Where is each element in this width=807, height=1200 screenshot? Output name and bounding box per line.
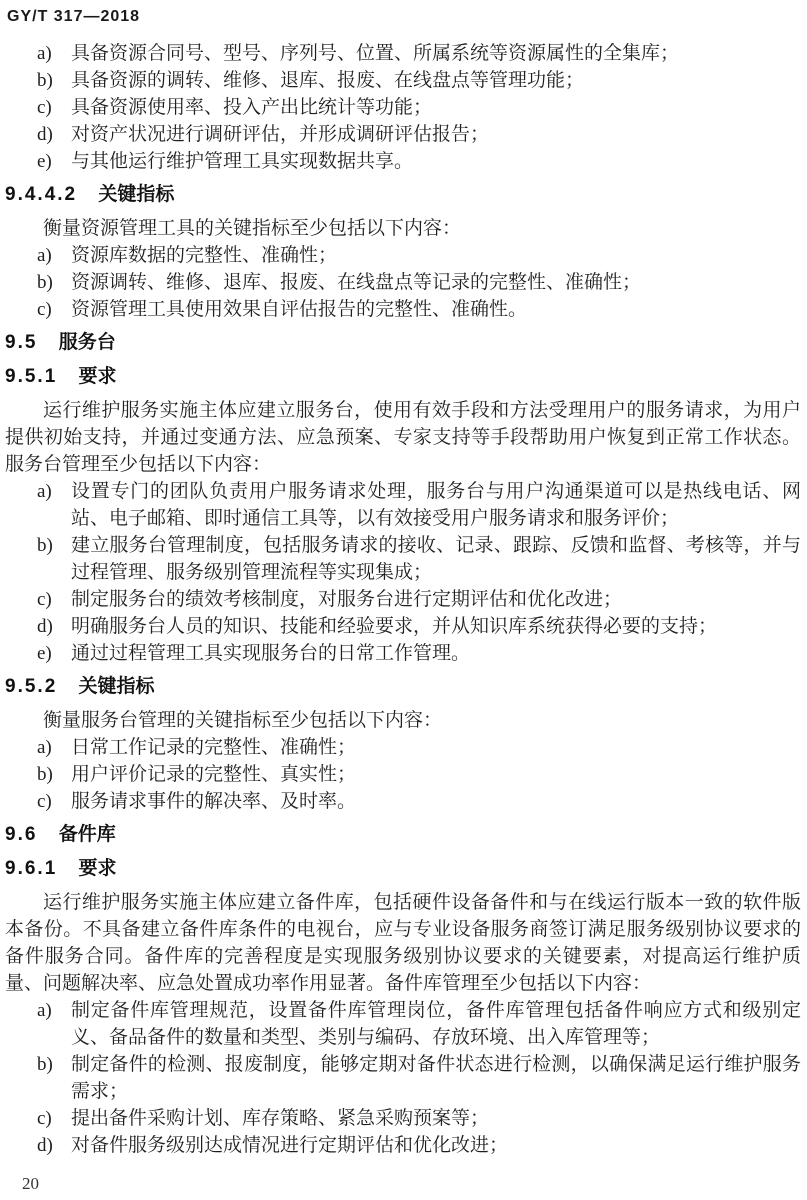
section-title: 要求 bbox=[79, 858, 117, 879]
section-heading-9-5-2: 9.5.2 关键指标 bbox=[5, 675, 801, 699]
section-title: 备件库 bbox=[59, 824, 116, 845]
list-9-5-2-indicators: a) 日常工作记录的完整性、准确性； b) 用户评价记录的完整性、真实性； c)… bbox=[37, 734, 801, 815]
page-number: 20 bbox=[22, 1174, 39, 1194]
list-item-text: 具备资源使用率、投入产出比统计等功能； bbox=[71, 94, 801, 121]
list-item: b) 具备资源的调转、维修、退库、报废、在线盘点等管理功能； bbox=[37, 67, 801, 94]
paragraph-9-5-1: 运行维护服务实施主体应建立服务台，使用有效手段和方法受理用户的服务请求，为用户提… bbox=[5, 397, 801, 478]
list-item: d) 对资产状况进行调研评估，并形成调研评估报告； bbox=[37, 121, 801, 148]
list-item-marker: b) bbox=[37, 532, 71, 559]
list-item-text: 资源管理工具使用效果自评估报告的完整性、准确性。 bbox=[71, 296, 801, 323]
list-item-text: 提出备件采购计划、库存策略、紧急采购预案等； bbox=[71, 1105, 801, 1132]
list-item-text: 与其他运行维护管理工具实现数据共享。 bbox=[71, 148, 801, 175]
list-item: a) 制定备件库管理规范，设置备件库管理岗位，备件库管理包括备件响应方式和级别定… bbox=[37, 997, 801, 1051]
list-item-marker: e) bbox=[37, 148, 71, 175]
list-item-text: 设置专门的团队负责用户服务请求处理，服务台与用户沟通渠道可以是热线电话、网站、电… bbox=[71, 478, 801, 532]
section-number: 9.5.1 bbox=[5, 366, 57, 387]
list-item: e) 与其他运行维护管理工具实现数据共享。 bbox=[37, 148, 801, 175]
list-item-marker: a) bbox=[37, 242, 71, 269]
list-item: b) 建立服务台管理制度，包括服务请求的接收、记录、跟踪、反馈和监督、考核等，并… bbox=[37, 532, 801, 586]
list-item-text: 资源库数据的完整性、准确性； bbox=[71, 242, 801, 269]
section-number: 9.5.2 bbox=[5, 676, 57, 697]
list-item: a) 设置专门的团队负责用户服务请求处理，服务台与用户沟通渠道可以是热线电话、网… bbox=[37, 478, 801, 532]
list-item: b) 用户评价记录的完整性、真实性； bbox=[37, 761, 801, 788]
list-item-marker: c) bbox=[37, 296, 71, 323]
section-heading-9-4-4-2: 9.4.4.2 关键指标 bbox=[5, 183, 801, 207]
list-item-marker: c) bbox=[37, 788, 71, 815]
paragraph-9-4-4-2-intro: 衡量资源管理工具的关键指标至少包括以下内容： bbox=[5, 215, 801, 242]
list-item-text: 明确服务台人员的知识、技能和经验要求，并从知识库系统获得必要的支持； bbox=[71, 613, 801, 640]
section-number: 9.6.1 bbox=[5, 858, 57, 879]
paragraph-9-5-2-intro: 衡量服务台管理的关键指标至少包括以下内容： bbox=[5, 707, 801, 734]
list-item-marker: d) bbox=[37, 613, 71, 640]
section-number: 9.6 bbox=[5, 824, 37, 845]
list-item-text: 制定备件的检测、报废制度，能够定期对备件状态进行检测，以确保满足运行维护服务需求… bbox=[71, 1051, 801, 1105]
list-item: c) 制定服务台的绩效考核制度，对服务台进行定期评估和优化改进； bbox=[37, 586, 801, 613]
section-title: 要求 bbox=[79, 366, 117, 387]
list-item-marker: a) bbox=[37, 40, 71, 67]
list-item-marker: c) bbox=[37, 1105, 71, 1132]
document-page: GY/T 317—2018 a) 具备资源合同号、型号、序列号、位置、所属系统等… bbox=[0, 0, 807, 1200]
list-item: b) 制定备件的检测、报废制度，能够定期对备件状态进行检测，以确保满足运行维护服… bbox=[37, 1051, 801, 1105]
list-item-marker: b) bbox=[37, 269, 71, 296]
standard-number-header: GY/T 317—2018 bbox=[7, 8, 801, 26]
list-item: c) 具备资源使用率、投入产出比统计等功能； bbox=[37, 94, 801, 121]
list-item-marker: d) bbox=[37, 121, 71, 148]
section-title: 关键指标 bbox=[98, 184, 174, 205]
list-item-marker: d) bbox=[37, 1132, 71, 1159]
list-item: b) 资源调转、维修、退库、报废、在线盘点等记录的完整性、准确性； bbox=[37, 269, 801, 296]
list-item-marker: a) bbox=[37, 478, 71, 505]
list-item-marker: a) bbox=[37, 734, 71, 761]
list-item: d) 明确服务台人员的知识、技能和经验要求，并从知识库系统获得必要的支持； bbox=[37, 613, 801, 640]
list-item-marker: b) bbox=[37, 67, 71, 94]
list-9-4-4-2-indicators: a) 资源库数据的完整性、准确性； b) 资源调转、维修、退库、报废、在线盘点等… bbox=[37, 242, 801, 323]
section-heading-9-6-1: 9.6.1 要求 bbox=[5, 857, 801, 881]
list-item-text: 具备资源的调转、维修、退库、报废、在线盘点等管理功能； bbox=[71, 67, 801, 94]
section-heading-9-6: 9.6 备件库 bbox=[5, 823, 801, 847]
paragraph-9-6-1: 运行维护服务实施主体应建立备件库，包括硬件设备备件和与在线运行版本一致的软件版本… bbox=[5, 889, 801, 997]
list-item-marker: b) bbox=[37, 761, 71, 788]
list-item: d) 对备件服务级别达成情况进行定期评估和优化改进； bbox=[37, 1132, 801, 1159]
list-item-text: 建立服务台管理制度，包括服务请求的接收、记录、跟踪、反馈和监督、考核等，并与过程… bbox=[71, 532, 801, 586]
list-item: a) 日常工作记录的完整性、准确性； bbox=[37, 734, 801, 761]
list-item-text: 通过过程管理工具实现服务台的日常工作管理。 bbox=[71, 640, 801, 667]
list-item: c) 资源管理工具使用效果自评估报告的完整性、准确性。 bbox=[37, 296, 801, 323]
list-item-text: 服务请求事件的解决率、及时率。 bbox=[71, 788, 801, 815]
section-heading-9-5-1: 9.5.1 要求 bbox=[5, 365, 801, 389]
list-item-marker: c) bbox=[37, 586, 71, 613]
list-9-6-1-spare-parts: a) 制定备件库管理规范，设置备件库管理岗位，备件库管理包括备件响应方式和级别定… bbox=[37, 997, 801, 1159]
list-item-text: 用户评价记录的完整性、真实性； bbox=[71, 761, 801, 788]
list-resource-tool-functions: a) 具备资源合同号、型号、序列号、位置、所属系统等资源属性的全集库； b) 具… bbox=[37, 40, 801, 175]
section-title: 服务台 bbox=[59, 332, 116, 353]
list-item-text: 资源调转、维修、退库、报废、在线盘点等记录的完整性、准确性； bbox=[71, 269, 801, 296]
list-item-text: 制定备件库管理规范，设置备件库管理岗位，备件库管理包括备件响应方式和级别定义、备… bbox=[71, 997, 801, 1051]
list-item: a) 具备资源合同号、型号、序列号、位置、所属系统等资源属性的全集库； bbox=[37, 40, 801, 67]
list-item-text: 对备件服务级别达成情况进行定期评估和优化改进； bbox=[71, 1132, 801, 1159]
list-item-marker: a) bbox=[37, 997, 71, 1024]
list-item-text: 对资产状况进行调研评估，并形成调研评估报告； bbox=[71, 121, 801, 148]
list-item: c) 提出备件采购计划、库存策略、紧急采购预案等； bbox=[37, 1105, 801, 1132]
list-item-marker: b) bbox=[37, 1051, 71, 1078]
section-heading-9-5: 9.5 服务台 bbox=[5, 331, 801, 355]
list-item-marker: e) bbox=[37, 640, 71, 667]
list-item-text: 日常工作记录的完整性、准确性； bbox=[71, 734, 801, 761]
list-item: c) 服务请求事件的解决率、及时率。 bbox=[37, 788, 801, 815]
section-number: 9.5 bbox=[5, 332, 37, 353]
list-9-5-1-service-desk: a) 设置专门的团队负责用户服务请求处理，服务台与用户沟通渠道可以是热线电话、网… bbox=[37, 478, 801, 667]
section-title: 关键指标 bbox=[79, 676, 155, 697]
list-item-marker: c) bbox=[37, 94, 71, 121]
list-item-text: 制定服务台的绩效考核制度，对服务台进行定期评估和优化改进； bbox=[71, 586, 801, 613]
list-item: a) 资源库数据的完整性、准确性； bbox=[37, 242, 801, 269]
section-number: 9.4.4.2 bbox=[5, 184, 77, 205]
list-item: e) 通过过程管理工具实现服务台的日常工作管理。 bbox=[37, 640, 801, 667]
list-item-text: 具备资源合同号、型号、序列号、位置、所属系统等资源属性的全集库； bbox=[71, 40, 801, 67]
